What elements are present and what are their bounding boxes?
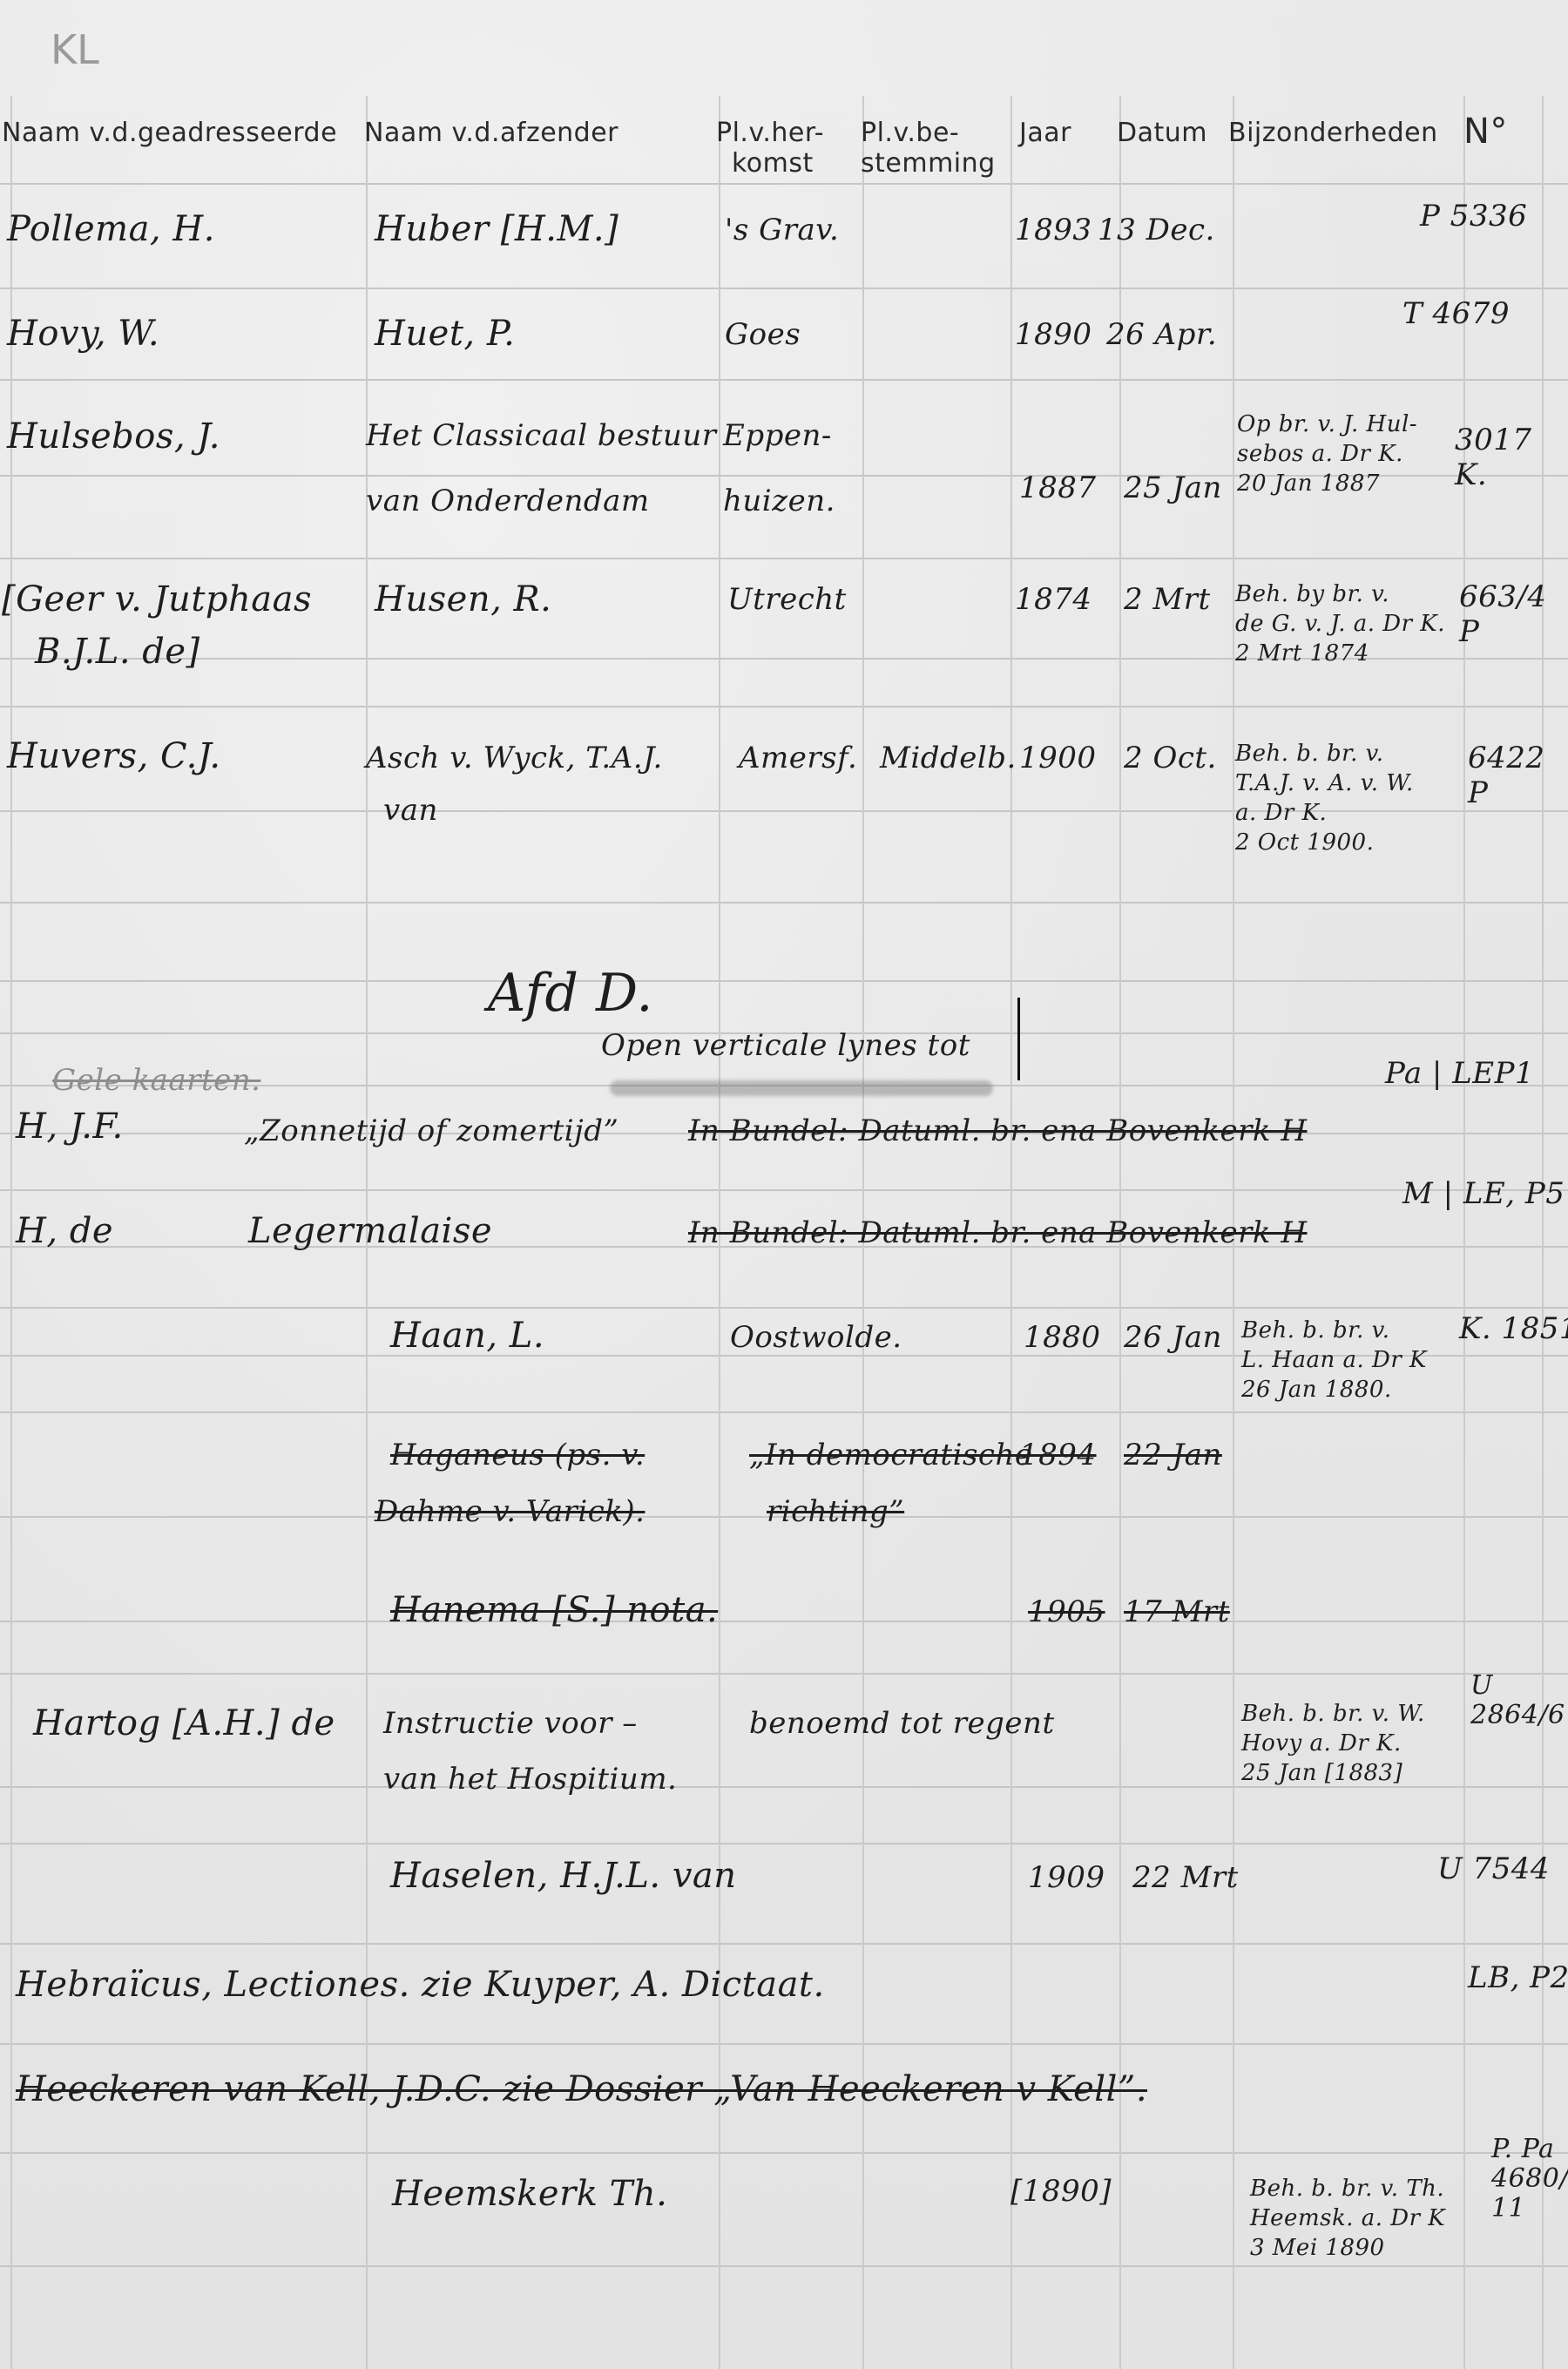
ruled-line xyxy=(0,1621,1568,1622)
addressee-line1: [Geer v. Jutphaas xyxy=(2,579,312,619)
number: Pa | LEP1 xyxy=(1385,1056,1534,1091)
number: 6422 P xyxy=(1468,741,1545,810)
year: 1890 xyxy=(1015,317,1092,352)
remarks-line: Beh. by br. v. xyxy=(1235,579,1445,609)
date: 22 Jan xyxy=(1124,1438,1222,1472)
ruled-line xyxy=(0,379,1568,381)
remarks: Beh. b. br. v. L. Haan a. Dr K 26 Jan 18… xyxy=(1241,1316,1427,1404)
header-bijzonderheden: Bijzonderheden xyxy=(1228,118,1438,148)
addressee: H, de xyxy=(16,1211,113,1251)
header-rule xyxy=(0,183,1568,185)
place-destination: Middelb. xyxy=(880,741,1017,775)
remarks-line: Heemsk. a. Dr K xyxy=(1250,2203,1445,2233)
vertical-bar-mark xyxy=(1017,998,1020,1080)
number: M | LE, P5 xyxy=(1402,1176,1565,1211)
sender-line1: Asch v. Wyck, T.A.J. xyxy=(366,741,663,775)
column-rule xyxy=(1542,96,1544,2369)
remarks-line: 2 Mrt 1874 xyxy=(1235,639,1445,668)
crossed-note: In Bundel: Datuml. br. ena Bovenkerk H xyxy=(688,1215,1307,1250)
header-datum: Datum xyxy=(1117,118,1207,148)
title: „Zonnetijd of zomertijd” xyxy=(244,1113,618,1148)
sender: Haselen, H.J.L. van xyxy=(390,1856,737,1896)
date: 26 Jan xyxy=(1124,1320,1222,1355)
year: 1874 xyxy=(1015,582,1092,617)
year: 1894 xyxy=(1019,1438,1097,1472)
remarks-line: Hovy a. Dr K. xyxy=(1241,1729,1425,1758)
header-nummer: N° xyxy=(1463,112,1508,152)
addressee-line2: B.J.L. de] xyxy=(35,632,200,672)
sender-line2: Dahme v. Varick). xyxy=(375,1494,645,1529)
place-origin: Goes xyxy=(725,317,801,352)
addressee: Huvers, C.J. xyxy=(7,736,221,776)
section-title: Afd D. xyxy=(488,963,653,1024)
ledger-page: KL Naam v.d.geadresseerde Naam v.d.afzen… xyxy=(0,0,1568,2369)
subject-line1: Instructie voor – xyxy=(383,1706,638,1741)
subject-line2: van het Hospitium. xyxy=(383,1762,677,1797)
sender: Huet, P. xyxy=(375,314,515,354)
sender: Husen, R. xyxy=(375,579,551,619)
remarks-line: Beh. b. br. v. xyxy=(1235,739,1414,768)
year: 1909 xyxy=(1028,1860,1105,1895)
addressee: Hovy, W. xyxy=(7,314,159,354)
remarks-line: Beh. b. br. v. W. xyxy=(1241,1699,1425,1729)
date: 2 Mrt xyxy=(1124,582,1211,617)
place-origin: Amersf. xyxy=(739,741,857,775)
number-line: 6422 xyxy=(1468,741,1545,775)
remarks-line: de G. v. J. a. Dr K. xyxy=(1235,609,1445,639)
title-line1: „In democratische xyxy=(749,1438,1032,1472)
date: 17 Mrt xyxy=(1124,1594,1230,1629)
header-afzender: Naam v.d.afzender xyxy=(364,118,618,148)
header-bestemming-line2: stemming xyxy=(861,148,996,179)
remarks-line: Beh. b. br. v. xyxy=(1241,1316,1427,1345)
sender: Hanema [S.] nota. xyxy=(390,1590,718,1630)
place-origin: 's Grav. xyxy=(725,213,839,247)
ruled-line xyxy=(0,558,1568,559)
header-herkomst-line2: komst xyxy=(732,148,814,179)
title-line2: richting” xyxy=(767,1494,904,1529)
place-origin: Utrecht xyxy=(727,582,847,617)
addressee: H, J.F. xyxy=(16,1107,124,1147)
year: 1893 xyxy=(1015,213,1092,247)
year: 1887 xyxy=(1019,470,1097,505)
number: U 2864/6 xyxy=(1470,1671,1565,1730)
number-line: 11 xyxy=(1491,2194,1568,2223)
remarks: Beh. b. br. v. Th. Heemsk. a. Dr K 3 Mei… xyxy=(1250,2174,1445,2263)
remarks-line: 25 Jan [1883] xyxy=(1241,1758,1425,1788)
sender-line1: Het Classicaal bestuur xyxy=(366,418,716,453)
remarks-line: L. Haan a. Dr K xyxy=(1241,1345,1427,1375)
ruled-line xyxy=(0,1307,1568,1309)
number-line: U xyxy=(1470,1671,1565,1701)
ruled-line xyxy=(0,706,1568,707)
date: 2 Oct. xyxy=(1124,741,1217,775)
ruled-line xyxy=(0,2152,1568,2154)
remarks-line: 20 Jan 1887 xyxy=(1237,469,1417,498)
place-origin-line1: Eppen- xyxy=(723,418,832,453)
ruled-line xyxy=(0,980,1568,982)
remarks-line: a. Dr K. xyxy=(1235,798,1414,828)
ruled-line xyxy=(0,1943,1568,1945)
number: P 5336 xyxy=(1420,199,1527,234)
remarks: Beh. b. br. v. T.A.J. v. A. v. W. a. Dr … xyxy=(1235,739,1414,857)
ruled-line xyxy=(0,1189,1568,1191)
number-line: P xyxy=(1468,775,1545,810)
year: 1880 xyxy=(1024,1320,1101,1355)
header-jaar: Jaar xyxy=(1019,118,1071,148)
ruled-line xyxy=(0,2043,1568,2045)
sender-line2: van Onderdendam xyxy=(366,484,650,518)
erased-smudge xyxy=(610,1080,993,1096)
remarks-line: Beh. b. br. v. Th. xyxy=(1250,2174,1445,2203)
sender: Huber [H.M.] xyxy=(375,209,618,249)
year: 1900 xyxy=(1019,741,1097,775)
number-line: 2864/6 xyxy=(1470,1701,1565,1730)
addressee: Pollema, H. xyxy=(7,209,215,249)
ruled-line xyxy=(0,288,1568,289)
addressee: Hartog [A.H.] de xyxy=(33,1703,335,1743)
pencil-note: Gele kaarten. xyxy=(52,1063,260,1098)
sender-line2: van xyxy=(383,793,438,828)
date: 26 Apr. xyxy=(1106,317,1217,352)
date: 25 Jan xyxy=(1124,470,1222,505)
date: 22 Mrt xyxy=(1132,1860,1239,1895)
number-line: 663/4 xyxy=(1459,579,1546,614)
ruled-line xyxy=(0,902,1568,904)
number-line: 4680/ xyxy=(1491,2164,1568,2194)
place-origin-line2: huizen. xyxy=(723,484,835,518)
year: [1890] xyxy=(1010,2174,1112,2209)
remarks-line: T.A.J. v. A. v. W. xyxy=(1235,768,1414,798)
remarks-line: 26 Jan 1880. xyxy=(1241,1375,1427,1404)
header-geadresseerde: Naam v.d.geadresseerde xyxy=(2,118,337,148)
date: 13 Dec. xyxy=(1098,213,1215,247)
number-line: K. xyxy=(1455,457,1532,492)
number-line: 3017 xyxy=(1455,423,1532,457)
remarks-line: 3 Mei 1890 xyxy=(1250,2233,1445,2263)
remarks-line: Op br. v. J. Hul- xyxy=(1237,409,1417,439)
remarks: Beh. b. br. v. W. Hovy a. Dr K. 25 Jan [… xyxy=(1241,1699,1425,1788)
header-herkomst: Pl.v.her- xyxy=(716,118,824,148)
number-line: P. Pa xyxy=(1491,2135,1568,2164)
addressee: Hebraïcus, Lectiones. zie Kuyper, A. Dic… xyxy=(16,1965,825,2005)
number: 663/4 P xyxy=(1459,579,1546,649)
ruled-line xyxy=(0,2265,1568,2267)
sender: Heemskerk Th. xyxy=(392,2174,667,2214)
number: T 4679 xyxy=(1402,296,1510,331)
crossed-note: In Bundel: Datuml. br. ena Bovenkerk H xyxy=(688,1113,1307,1148)
header-bestemming: Pl.v.be- xyxy=(861,118,959,148)
addressee: Hulsebos, J. xyxy=(7,416,220,457)
sender: Haan, L. xyxy=(390,1316,544,1356)
remarks: Op br. v. J. Hul- sebos a. Dr K. 20 Jan … xyxy=(1237,409,1417,498)
number: LB, P2 xyxy=(1468,1960,1568,1995)
note: benoemd tot regent xyxy=(749,1706,1055,1741)
sender-line1: Haganeus (ps. v. xyxy=(390,1438,645,1472)
remarks-line: sebos a. Dr K. xyxy=(1237,439,1417,469)
corner-pencil-mark: KL xyxy=(51,26,99,73)
place-origin: Oostwolde. xyxy=(730,1320,902,1355)
number-line: P xyxy=(1459,614,1546,649)
number: 3017 K. xyxy=(1455,423,1532,492)
ruled-line xyxy=(0,1843,1568,1844)
number: U 7544 xyxy=(1437,1851,1550,1886)
ruled-line xyxy=(0,1411,1568,1413)
number: P. Pa 4680/ 11 xyxy=(1491,2135,1568,2223)
year: 1905 xyxy=(1028,1594,1105,1629)
number: K. 1851 xyxy=(1459,1311,1568,1346)
remarks-line: 2 Oct 1900. xyxy=(1235,828,1414,857)
ruled-line xyxy=(0,1673,1568,1675)
addressee: Heeckeren van Kell, J.D.C. zie Dossier „… xyxy=(16,2069,1147,2109)
remarks: Beh. by br. v. de G. v. J. a. Dr K. 2 Mr… xyxy=(1235,579,1445,668)
title: Legermalaise xyxy=(248,1211,492,1251)
section-subtitle: Open verticale lynes tot xyxy=(601,1028,970,1063)
